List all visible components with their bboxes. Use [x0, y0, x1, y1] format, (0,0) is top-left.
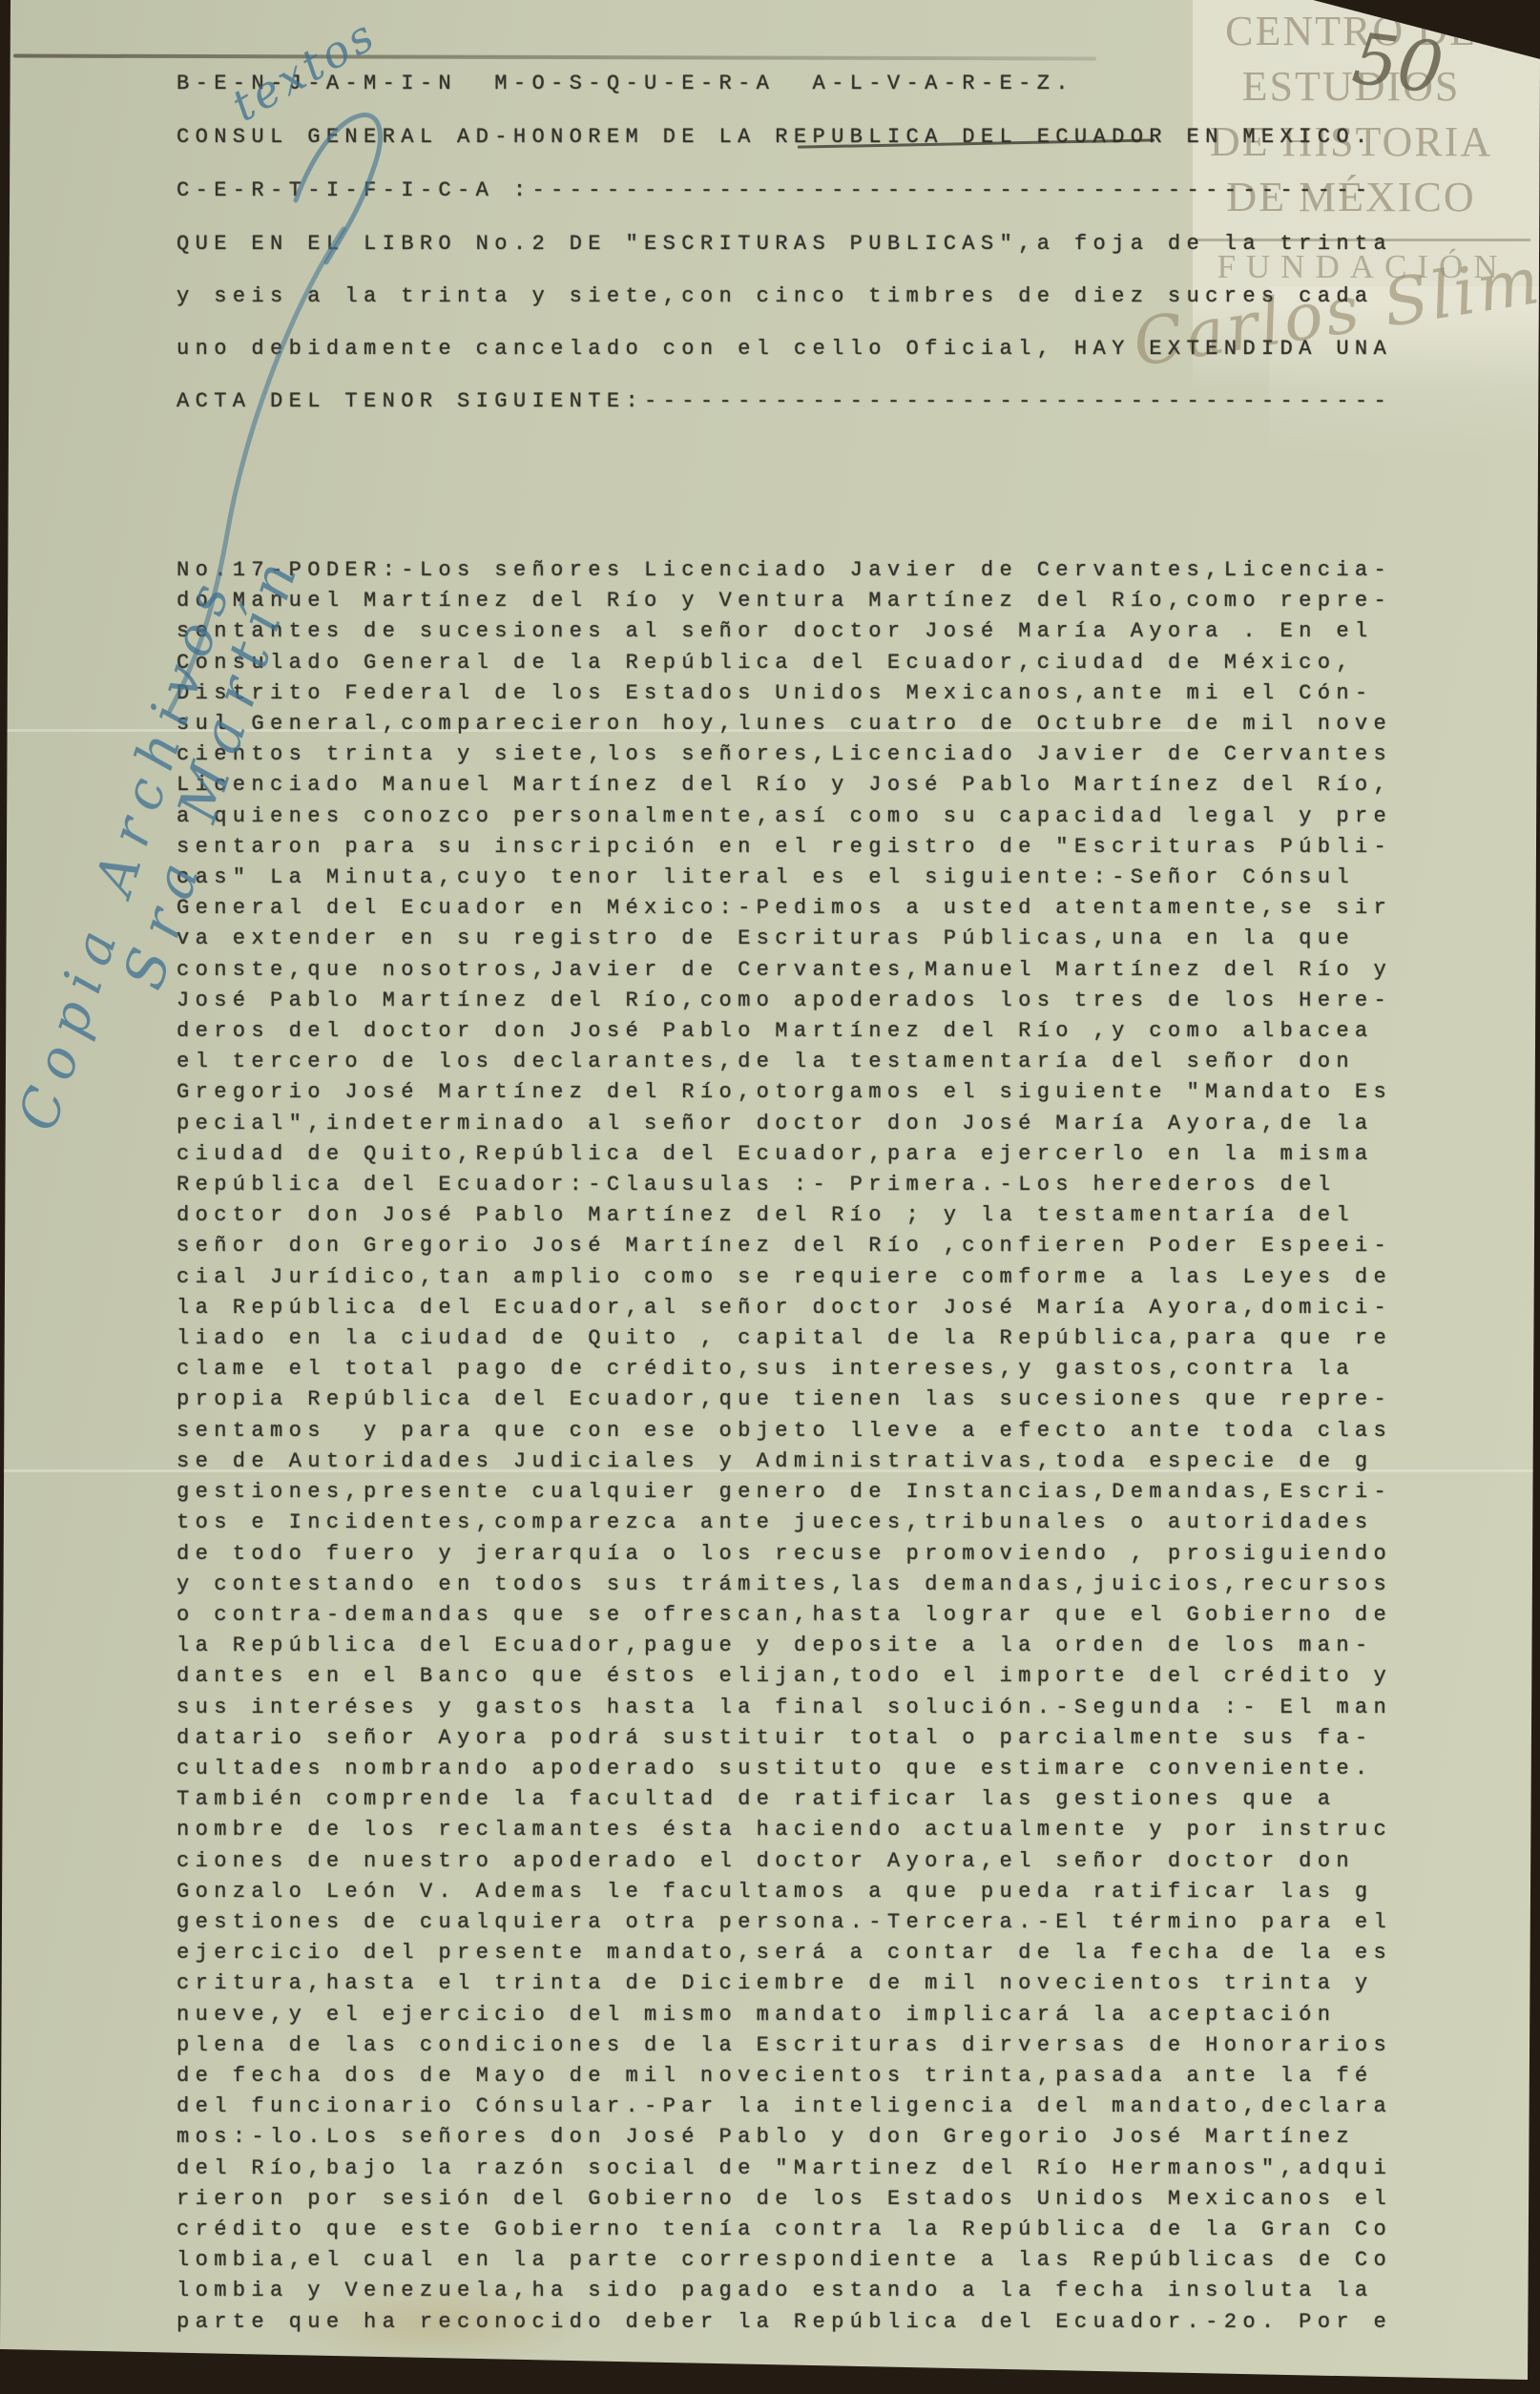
deed-body-text: No.17-PODER:-Los señores Licenciado Javi…: [177, 555, 1392, 2338]
document-page: CENTRO DE ESTUDIOS DE HISTORIA DE MÉXICO…: [0, 0, 1540, 2394]
photo-backdrop: CENTRO DE ESTUDIOS DE HISTORIA DE MÉXICO…: [0, 0, 1540, 2394]
